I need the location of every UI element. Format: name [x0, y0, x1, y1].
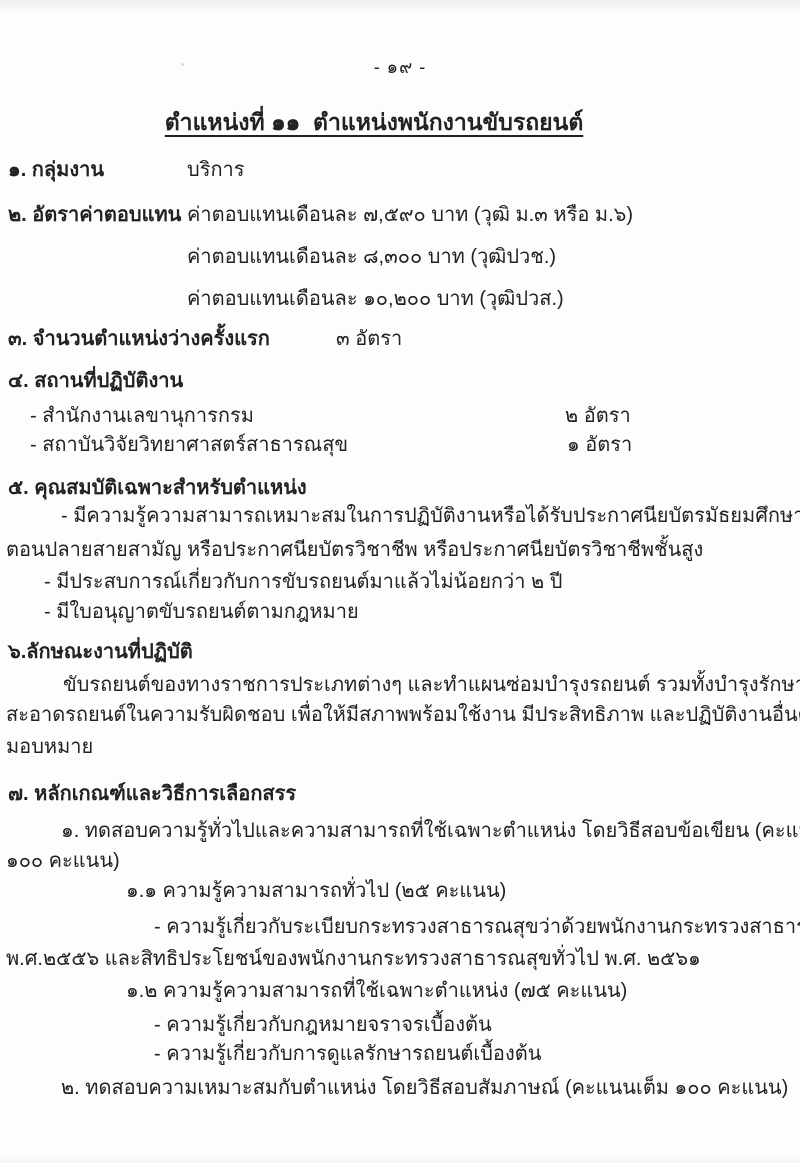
duties-line-1: ขับรถยนต์ของทางราชการประเภทต่างๆ และทำแผ… — [63, 671, 800, 699]
page-title: ตำแหน่งที่ ๑๑ ตำแหน่งพนักงานขับรถยนต์ — [0, 108, 748, 136]
qualification-line-3: - มีประสบการณ์เกี่ยวกับการขับรถยนต์มาแล้… — [44, 568, 563, 596]
section-duties-label: ๖.ลักษณะงานที่ปฏิบัติ — [8, 638, 193, 666]
duties-line-2: สะอาดรถยนต์ในความรับผิดชอบ เพื่อให้มีสภา… — [6, 701, 800, 729]
duties-line-3: มอบหมาย — [6, 733, 93, 761]
compensation-line-2: ค่าตอบแทนเดือนละ ๘,๓๐๐ บาท (วุฒิปวช.) — [187, 243, 556, 271]
page-number: - ๑๙ - — [0, 53, 800, 81]
qualification-line-4: - มีใบอนุญาตขับรถยนต์ตามกฎหมาย — [44, 598, 359, 626]
selection-sub1-detail-line-2: พ.ศ.๒๕๕๖ และสิทธิประโยชน์ของพนักงานกระทร… — [6, 945, 701, 973]
selection-item2: ๒. ทดสอบความเหมาะสมกับตำแหน่ง โดยวิธีสอบ… — [61, 1074, 788, 1102]
selection-item1-line-1: ๑. ทดสอบความรู้ทั่วไปและความสามารถที่ใช้… — [61, 817, 800, 845]
section-compensation-label: ๒. อัตราค่าตอบแทน — [8, 201, 181, 229]
workplace-location-1-count: ๒ อัตรา — [565, 402, 631, 430]
scanned-document-page: - ๑๙ - ตำแหน่งที่ ๑๑ ตำแหน่งพนักงานขับรถ… — [0, 0, 800, 1163]
selection-item1-line-2: ๑๐๐ คะแนน) — [6, 847, 120, 875]
selection-sub1-detail-line-1: - ความรู้เกี่ยวกับระเบียบกระทรวงสาธารณสุ… — [154, 913, 800, 941]
workplace-location-1-name: - สำนักงานเลขานุการกรม — [30, 402, 254, 430]
scan-noise-bottom — [0, 1155, 800, 1163]
section-group-label: ๑. กลุ่มงาน — [8, 156, 104, 184]
compensation-line-3: ค่าตอบแทนเดือนละ ๑๐,๒๐๐ บาท (วุฒิปวส.) — [187, 285, 564, 313]
scan-noise-top — [0, 0, 800, 14]
section-workplace-label: ๔. สถานที่ปฏิบัติงาน — [8, 367, 183, 395]
qualification-line-2: ตอนปลายสายสามัญ หรือประกาศนียบัตรวิชาชีพ… — [6, 536, 703, 564]
compensation-line-1: ค่าตอบแทนเดือนละ ๗,๕๙๐ บาท (วุฒิ ม.๓ หรื… — [187, 201, 633, 229]
selection-sub2-detail-2: - ความรู้เกี่ยวกับการดูแลรักษารถยนต์เบื้… — [154, 1040, 541, 1068]
section-vacancies-value: ๓ อัตรา — [336, 325, 402, 353]
workplace-location-2-name: - สถาบันวิจัยวิทยาศาสตร์สาธารณสุข — [30, 431, 348, 459]
selection-sub1-label: ๑.๑ ความรู้ความสามารถทั่วไป (๒๕ คะแนน) — [126, 877, 506, 905]
workplace-location-2-count: ๑ อัตรา — [567, 431, 632, 459]
section-selection-label: ๗. หลักเกณฑ์และวิธีการเลือกสรร — [8, 780, 296, 808]
selection-sub2-detail-1: - ความรู้เกี่ยวกับกฎหมายจราจรเบื้องต้น — [154, 1011, 492, 1039]
section-vacancies-label: ๓. จำนวนตำแหน่งว่างครั้งแรก — [8, 325, 270, 353]
selection-sub2-label: ๑.๒ ความรู้ความสามารถที่ใช้เฉพาะตำแหน่ง … — [126, 977, 627, 1005]
section-group-value: บริการ — [187, 156, 245, 184]
section-qualifications-label: ๕. คุณสมบัติเฉพาะสำหรับตำแหน่ง — [8, 474, 307, 502]
qualification-line-1: - มีความรู้ความสามารถเหมาะสมในการปฏิบัติ… — [61, 502, 800, 530]
